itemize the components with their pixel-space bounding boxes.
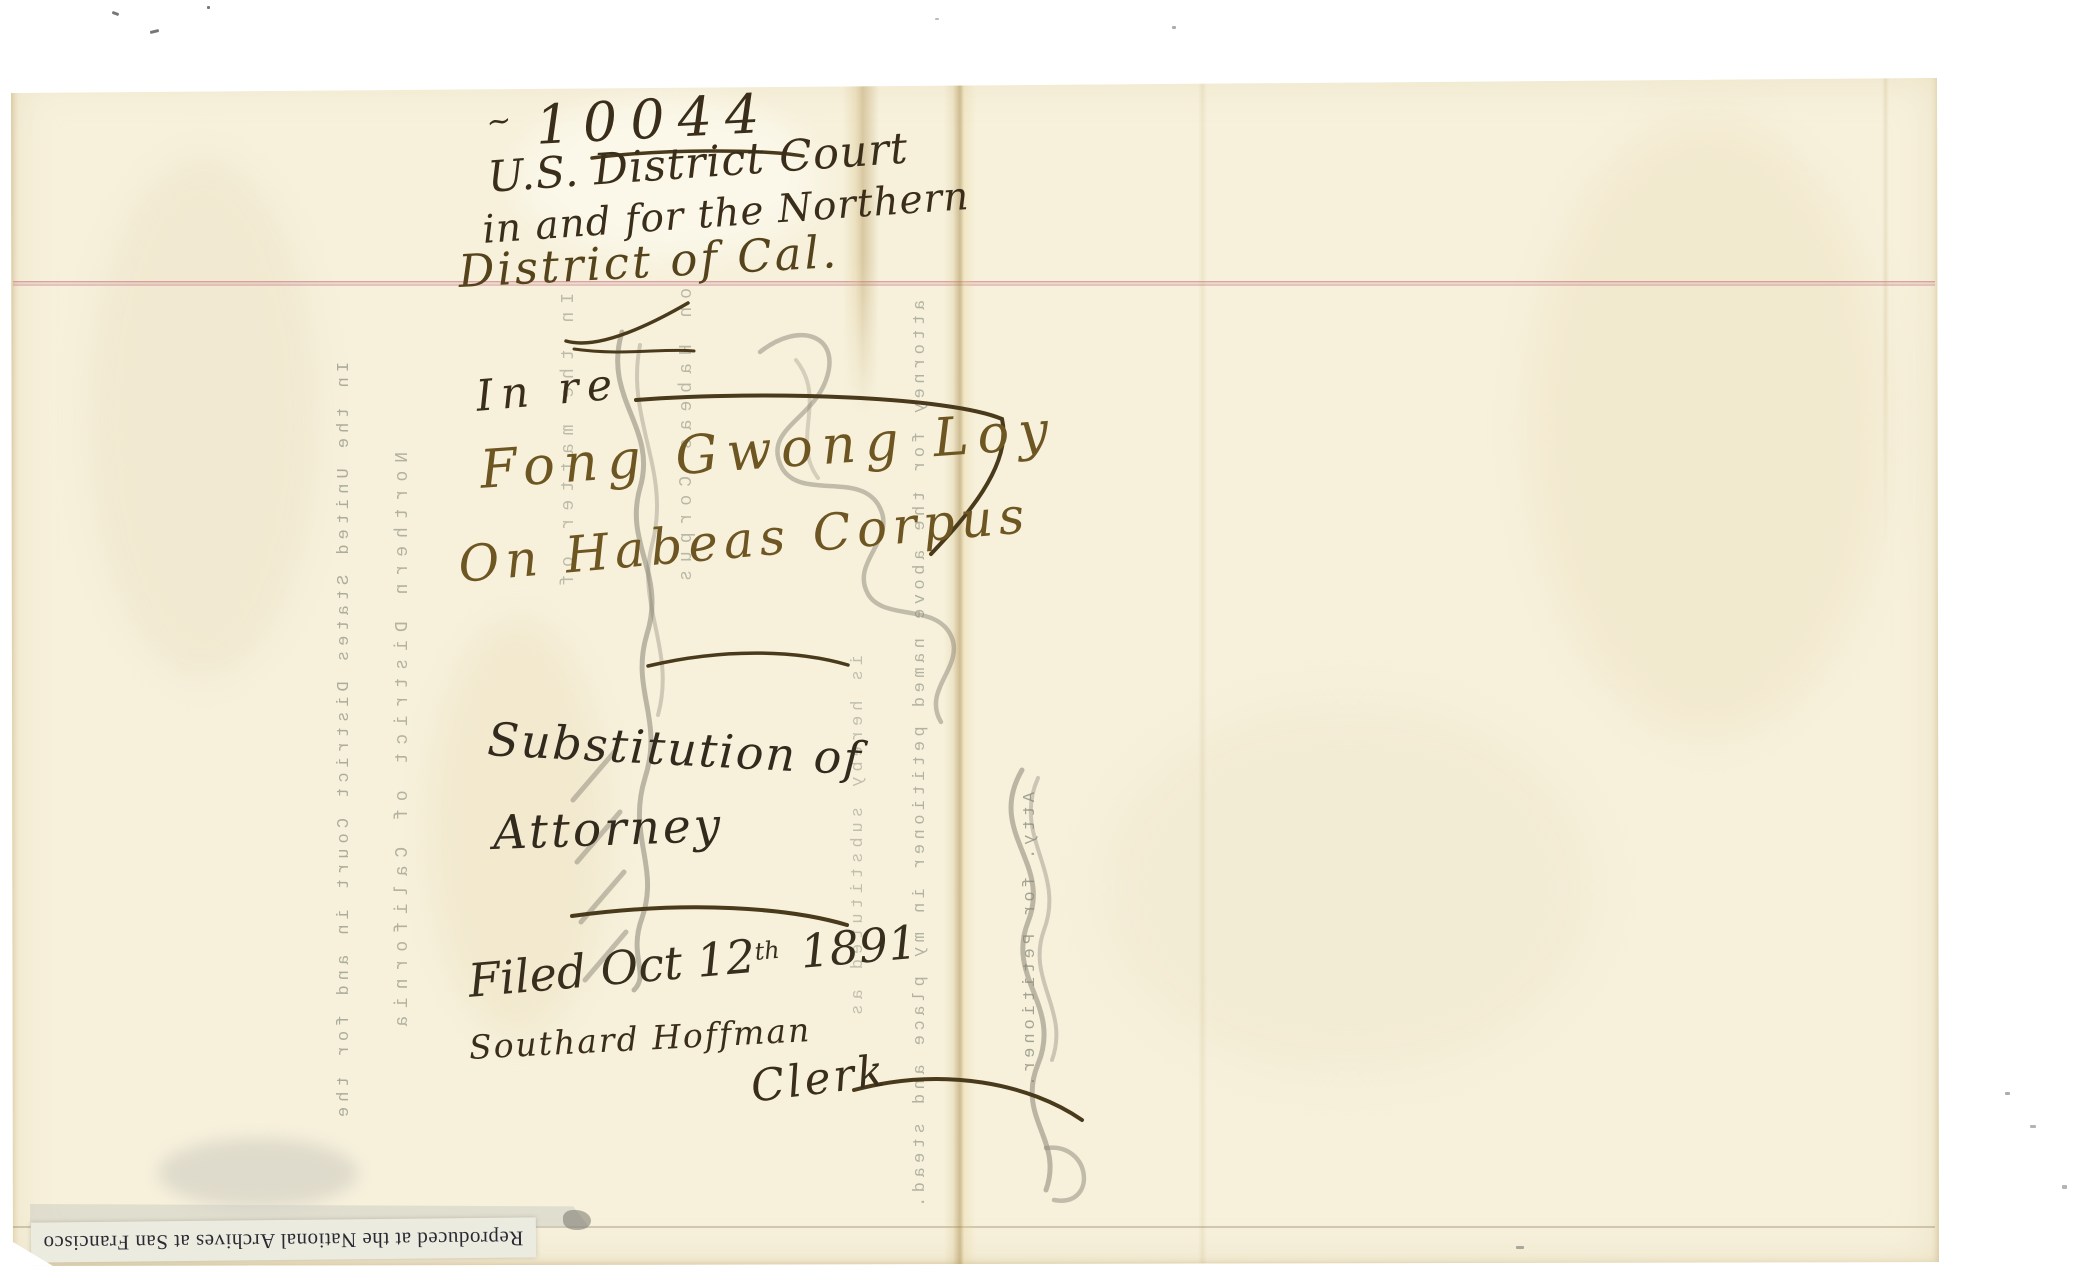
scan-background: Reproduced at the National Archives at S… <box>0 0 2100 1275</box>
archives-stamp: Reproduced at the National Archives at S… <box>31 1217 536 1262</box>
fold-crease-main <box>944 74 976 1266</box>
dust-speck <box>935 18 939 20</box>
fold-crease-right <box>1882 74 1889 544</box>
dust-speck <box>1172 26 1176 29</box>
paper-stain-gray <box>158 1138 358 1208</box>
dust-speck <box>2062 1185 2067 1189</box>
paper-stain <box>428 618 608 1038</box>
dust-speck <box>2005 1092 2010 1095</box>
red-rule-line <box>13 281 1935 286</box>
dust-speck <box>112 11 120 16</box>
dust-speck <box>150 29 159 34</box>
fold-crease-faint <box>1198 74 1207 1266</box>
dust-speck <box>207 6 210 9</box>
paper-stain <box>1528 118 1888 738</box>
paper-bright-patch <box>518 98 818 258</box>
fold-crease-upper <box>843 74 879 414</box>
dust-speck <box>1516 1246 1524 1249</box>
tape-smudge <box>563 1210 591 1230</box>
paper-stain <box>1098 698 1598 1078</box>
archives-stamp-text: Reproduced at the National Archives at S… <box>43 1225 524 1255</box>
dust-speck <box>2030 1125 2036 1128</box>
document-paper: Reproduced at the National Archives at S… <box>11 74 1939 1266</box>
paper-stain <box>88 158 318 678</box>
